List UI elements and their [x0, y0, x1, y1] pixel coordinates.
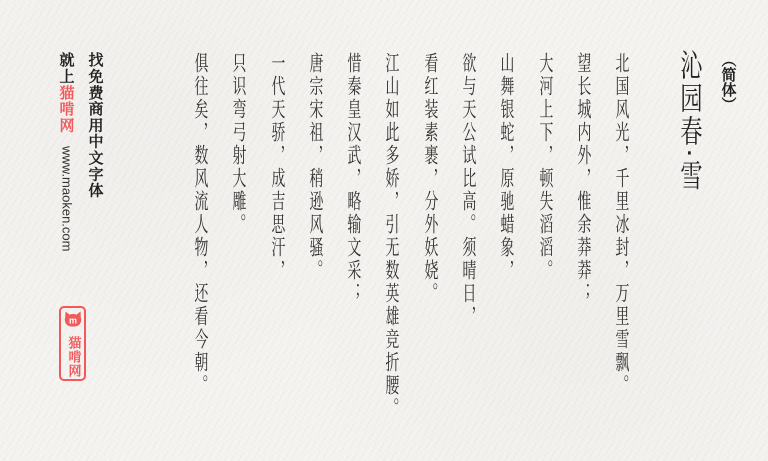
poem-line: 惜秦皇汉武，略输文采；: [346, 52, 360, 305]
svg-text:m: m: [69, 316, 77, 326]
poem-line: 看红装素裹，分外妖娆。: [423, 52, 437, 305]
cat-head-icon: m: [64, 311, 82, 327]
poem-line: 一代天骄，成吉思汗，: [270, 52, 284, 282]
poem-line: 唐宗宋祖，稍逊风骚。: [308, 52, 322, 282]
poem-line: 江山如此多娇，引无数英雄竞折腰。: [384, 52, 398, 420]
poem-line: 望长城内外，惟余莽莽；: [576, 52, 590, 305]
poem-line: 北国风光，千里冰封，万里雪飘。: [614, 52, 628, 397]
poem-title: 沁园春·雪: [677, 49, 699, 193]
poem-line: 俱往矣，数风流人物，还看今朝。: [193, 52, 207, 397]
stamp-label: 猫啃网: [66, 336, 80, 378]
poem-line: 山舞银蛇，原驰蜡象，: [499, 52, 513, 282]
poem-line: 大河上下，顿失滔滔。: [538, 52, 552, 282]
promo-brand-line: 就上猫啃网: [59, 52, 74, 134]
promo-headline: 找免费商用中文字体: [88, 52, 103, 199]
poem-line: 只识弯弓射大雕。: [231, 52, 245, 236]
promo-prefix: 就上: [58, 52, 76, 85]
brand-name: 猫啃网: [58, 85, 76, 134]
title-variant: （简体）: [721, 52, 736, 112]
website-link[interactable]: www.maoken.com: [61, 146, 74, 251]
brand-stamp-logo: m 猫啃网: [59, 306, 86, 381]
poem-line: 欲与天公试比高。须晴日，: [461, 52, 475, 328]
